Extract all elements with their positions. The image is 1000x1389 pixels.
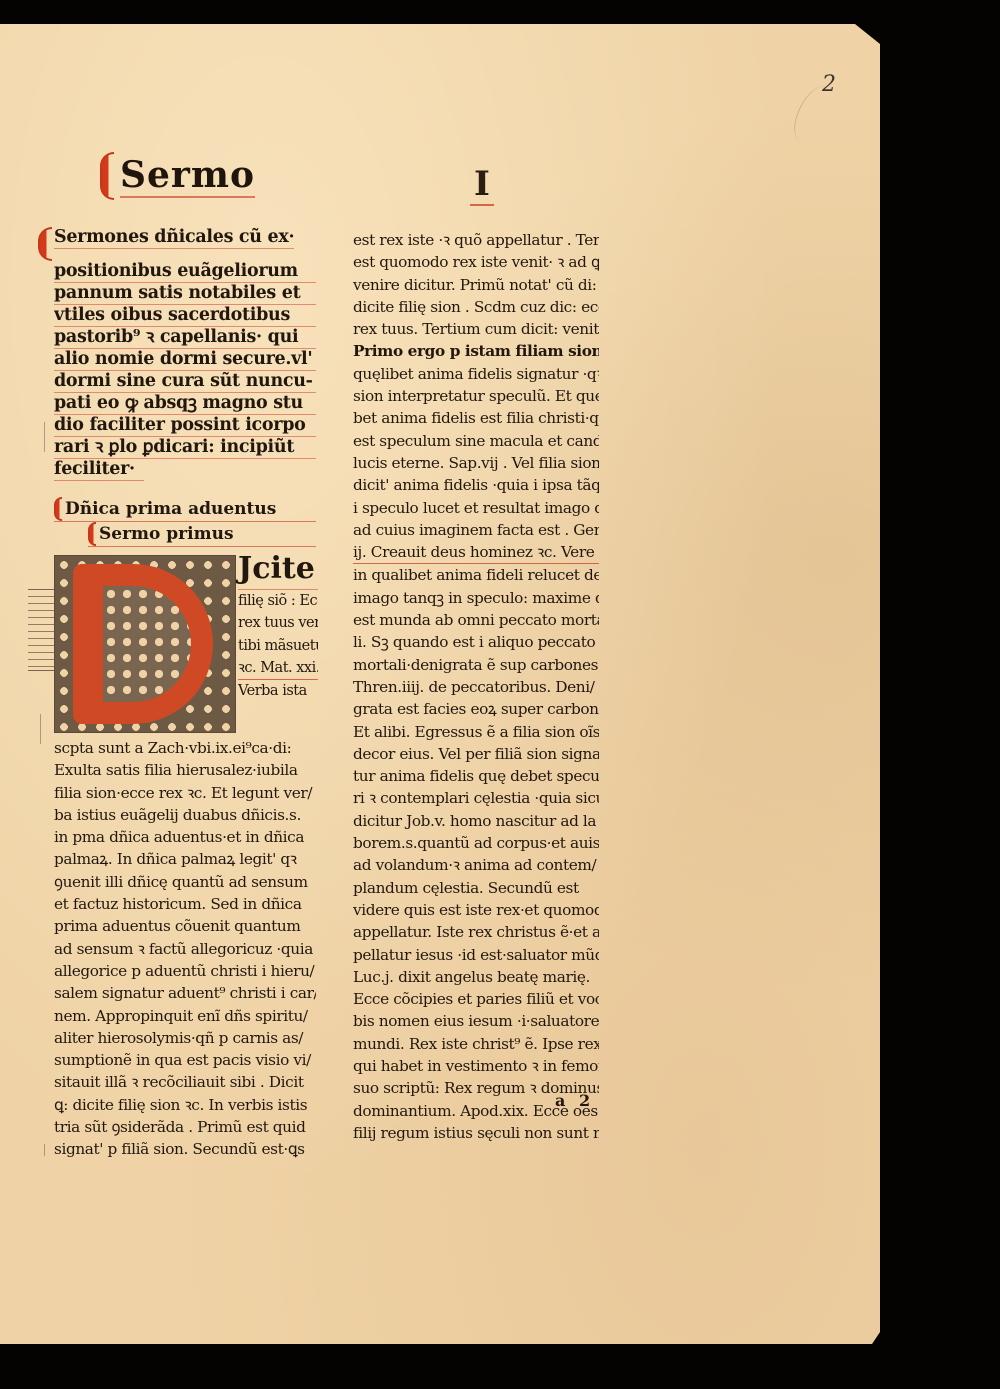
- text-line: nem. Appropinquit enĩ dñs spiritu/: [54, 1005, 316, 1027]
- text-line: ad sensum ꝛ factũ allegoricuz ·quia: [54, 938, 316, 960]
- text-line: sitauit illã ꝛ recõciliauit sibi . Dicit: [54, 1071, 316, 1093]
- intro-line: pannum satis notabiles et: [54, 283, 316, 305]
- text-line: allegorice p aduentũ christi i hieru/: [54, 960, 316, 982]
- intro-line: alio nomie dormi secure.vl': [54, 349, 316, 371]
- text-line: ad volandum·ꝛ anima ad contem/: [353, 854, 599, 876]
- text-line: sumptionẽ in qua est pacis visio vi/: [54, 1049, 316, 1071]
- text-line: Exulta satis filia hierusalez·iubila: [54, 759, 316, 781]
- margin-ruling: [44, 422, 45, 452]
- intro-paragraph: Sermones dñicales cũ ex· positionibus eu…: [54, 227, 316, 481]
- text-line: salem signatur aduent⁹ christi i car/: [54, 982, 316, 1004]
- text-line: Thren.iiij. de peccatoribus. Deni/: [353, 676, 599, 698]
- intro-line: vtiles oibus sacerdotibus: [54, 305, 316, 327]
- text-line: in pma dñica aduentus·et in dñica: [54, 826, 316, 848]
- paraph-mark-icon: [100, 152, 114, 200]
- text-line: tibi mãsuetus: [238, 635, 318, 657]
- intro-line: feciliter·: [54, 459, 144, 481]
- text-line: Et alibi. Egressus ẽ a filia sion oĩs: [353, 721, 599, 743]
- text-line: et factuz historicum. Sed in dñica: [54, 893, 316, 915]
- decorated-initial-block: Jcite filię siõ : Ecce rex tuus venit ti…: [54, 549, 316, 729]
- illuminated-initial-icon: [54, 555, 236, 733]
- margin-ruling: [40, 714, 41, 744]
- text-line: aliter hierosolymis·qñ p carnis as/: [54, 1027, 316, 1049]
- text-line: ba istius euãgelij duabus dñicis.s.: [54, 804, 316, 826]
- paraph-mark-icon: [54, 497, 62, 521]
- text-line: borem.s.quantũ ad corpus·et auis: [353, 832, 599, 854]
- text-line: ꝗ: dicite filię sion ꝛc. In verbis istis: [54, 1094, 316, 1116]
- text-line: filię siõ : Ecce: [238, 590, 318, 612]
- opening-word: Jcite: [238, 549, 318, 590]
- paraph-mark-icon: [38, 227, 52, 261]
- text-line: est speculum sine macula et candor: [353, 430, 599, 452]
- text-line: pellatur iesus ·id est·saluator mũdi: [353, 944, 599, 966]
- section-heading: Dñica prima aduentus Sermo primus: [54, 497, 316, 547]
- text-line: rex tuus venit: [238, 612, 318, 634]
- text-line: videre quis est iste rex·et quomodo: [353, 899, 599, 921]
- text-line: rex tuus. Tertium cum dicit: venit •: [353, 318, 599, 340]
- text-line: est rex iste ·ꝛ quõ appellatur . Tertiũ: [353, 229, 599, 251]
- intro-line: pastorib⁹ ꝛ capellanis· qui: [54, 327, 316, 349]
- manuscript-page: 2 Sermo I Sermones dñicales cũ ex· posit…: [0, 24, 880, 1344]
- intro-line: dio faciliter possint icorpo: [54, 415, 316, 437]
- text-line: scpta sunt a Zach·vbi.ix.ei⁹ca·di:: [54, 737, 316, 759]
- text-line: dicit' anima fidelis ·quia i ipsa tãqꝫ: [353, 474, 599, 496]
- text-line: est quomodo rex iste venit· ꝛ ad ꝗd: [353, 251, 599, 273]
- signature-mark: a 2: [555, 1091, 594, 1110]
- text-line: filij regum istius sęculi non sunt nisi: [353, 1122, 599, 1144]
- section-title: Dñica prima aduentus: [65, 498, 276, 520]
- text-line: est munda ab omni peccato morta/: [353, 609, 599, 631]
- folio-number: 2: [822, 72, 836, 97]
- text-line: dicitur Job.v. homo nascitur ad la: [353, 810, 599, 832]
- text-line: mortali·denigrata ẽ sup carbones·: [353, 654, 599, 676]
- text-line: imago tanqꝫ in speculo: maxime qñ: [353, 587, 599, 609]
- text-line: appellatur. Iste rex christus ẽ·et ap/: [353, 921, 599, 943]
- text-line: ꝛc. Mat. xxi.: [238, 657, 318, 680]
- initial-letter-d-icon: [73, 564, 213, 724]
- sermon-number: I: [470, 164, 494, 206]
- text-line: ij. Creauit deus hominez ꝛc. Vere: [353, 541, 599, 564]
- margin-ruling: [44, 1144, 45, 1156]
- text-line: Ecce cõcipies et paries filiũ et voca: [353, 988, 599, 1010]
- initial-adjacent-text: Jcite filię siõ : Ecce rex tuus venit ti…: [238, 549, 318, 702]
- body-text: scpta sunt a Zach·vbi.ix.ei⁹ca·di: Exult…: [54, 737, 316, 1161]
- text-line: plandum cęlestia. Secundũ est: [353, 877, 599, 899]
- text-line: signat' p filiã sion. Secundũ est·ꝗs: [54, 1138, 316, 1160]
- text-line: ꝯuenit illi dñicę quantũ ad sensum: [54, 871, 316, 893]
- left-column: Sermones dñicales cũ ex· positionibus eu…: [54, 227, 316, 1161]
- text-line: ri ꝛ contemplari cęlestia ·quia sicut: [353, 787, 599, 809]
- right-column: est rex iste ·ꝛ quõ appellatur . Tertiũ …: [353, 229, 599, 1144]
- section-subtitle: Sermo primus: [99, 523, 234, 545]
- text-line: quęlibet anima fidelis signatur ·qꝛ: [353, 363, 599, 385]
- text-line: palmaꝝ. In dñica palmaꝝ legit' qꝛ: [54, 848, 316, 870]
- text-line: Primo ergo p istam filiam sion: [353, 340, 599, 362]
- text-line: in qualibet anima fideli relucet dei: [353, 564, 599, 586]
- text-line: mundi. Rex iste christ⁹ ẽ. Ipse rex ẽ: [353, 1033, 599, 1055]
- paraph-mark-icon: [88, 522, 96, 546]
- text-line: prima aduentus cõuenit quantum: [54, 915, 316, 937]
- text-line: Verba ista: [238, 680, 318, 702]
- text-line: li. Sꝫ quando est i aliquo peccato: [353, 631, 599, 653]
- text-line: venire dicitur. Primũ notat' cũ di:: [353, 274, 599, 296]
- text-line: grata est facies eoꝝ super carbones: [353, 698, 599, 720]
- intro-line: positionibus euãgeliorum: [54, 261, 316, 283]
- running-head: Sermo: [100, 152, 255, 200]
- intro-line: Sermones dñicales cũ ex·: [54, 227, 294, 249]
- intro-line: rari ꝛ ꝑlo ꝑdicari: incipiũt: [54, 437, 316, 459]
- intro-line: pati eo ꝙ absqꝫ magno stu: [54, 393, 316, 415]
- text-line: i speculo lucet et resultat imago dei: [353, 497, 599, 519]
- text-line: sion interpretatur speculũ. Et quęli: [353, 385, 599, 407]
- text-line: filia sion·ecce rex ꝛc. Et legunt ver/: [54, 782, 316, 804]
- text-line: qui habet in vestimento ꝛ in femore: [353, 1055, 599, 1077]
- text-line: Luc.j. dixit angelus beatę marię.: [353, 966, 599, 988]
- text-line: bet anima fidelis est filia christi·qui: [353, 407, 599, 429]
- text-line: bis nomen eius iesum ·i·saluatorez: [353, 1010, 599, 1032]
- text-line: tur anima fidelis quę debet specula: [353, 765, 599, 787]
- text-line: ad cuius imaginem facta est . Gen.: [353, 519, 599, 541]
- text-line: dicite filię sion . Scdm cuz dic: ecce: [353, 296, 599, 318]
- intro-line: dormi sine cura sũt nuncu-: [54, 371, 316, 393]
- text-line: tria sũt ꝯsiderãda . Primũ est quid: [54, 1116, 316, 1138]
- running-head-title: Sermo: [120, 154, 255, 198]
- text-line: decor eius. Vel per filiã sion signa/: [353, 743, 599, 765]
- pen-flourish-icon: [28, 589, 54, 671]
- text-line: lucis eterne. Sap.vij . Vel filia sion: [353, 452, 599, 474]
